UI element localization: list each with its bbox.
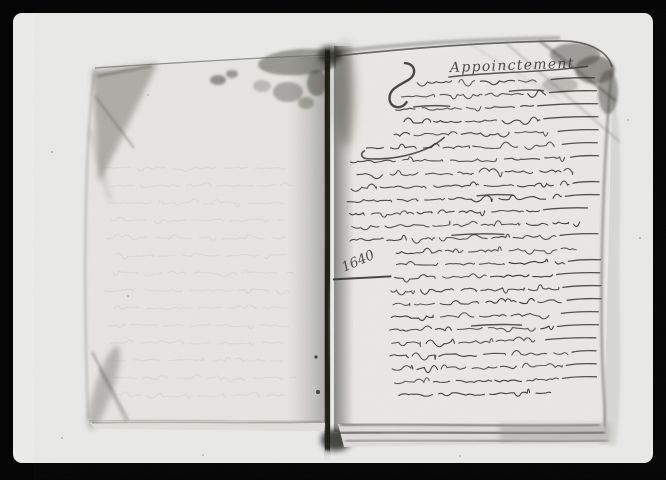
manuscript-scan: Appoinctement 1640 — [0, 0, 666, 480]
paper-grain — [86, 48, 616, 440]
archival-scan-viewport: Appoinctement 1640 — [0, 0, 666, 480]
